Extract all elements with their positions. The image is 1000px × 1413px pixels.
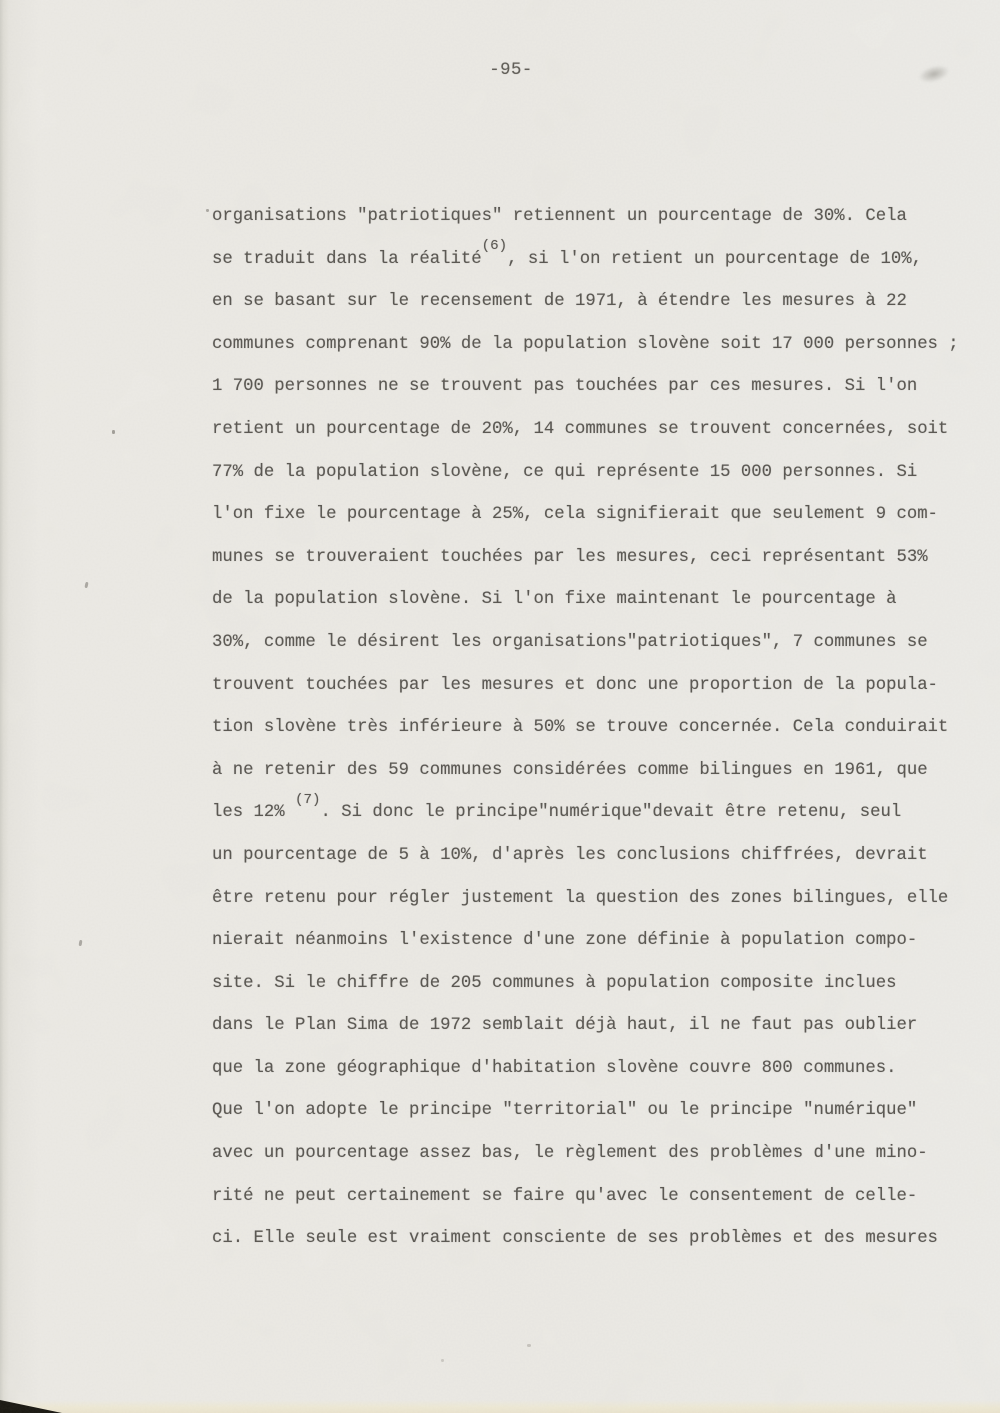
text-line: à ne retenir des 59 communes considérées…: [212, 750, 987, 793]
text-segment: 77% de la population slovène, ce qui rep…: [212, 463, 917, 482]
text-segment: les 12%: [212, 803, 295, 822]
text-line: les 12% (7). Si donc le principe"numériq…: [212, 792, 987, 835]
text-segment: site. Si le chiffre de 205 communes à po…: [212, 974, 896, 993]
text-segment: l'on fixe le pourcentage à 25%, cela sig…: [212, 505, 938, 524]
text-line: en se basant sur le recensement de 1971,…: [212, 281, 987, 324]
text-line: rité ne peut certainement se faire qu'av…: [212, 1176, 987, 1219]
text-line: que la zone géographique d'habitation sl…: [212, 1048, 987, 1091]
text-segment: être retenu pour régler justement la que…: [212, 889, 948, 908]
text-segment: de la population slovène. Si l'on fixe m…: [212, 590, 896, 609]
text-line: être retenu pour régler justement la que…: [212, 878, 987, 921]
text-line: organisations "patriotiques" retiennent …: [212, 196, 987, 239]
scanned-document-page: -95- organisations "patriotiques" retien…: [0, 0, 1000, 1413]
text-line: Que l'on adopte le principe "territorial…: [212, 1090, 987, 1133]
text-line: munes se trouveraient touchées par les m…: [212, 537, 987, 580]
text-segment: en se basant sur le recensement de 1971,…: [212, 292, 907, 311]
paper-speck: [79, 940, 83, 946]
text-line: avec un pourcentage assez bas, le règlem…: [212, 1133, 987, 1176]
text-line: trouvent touchées par les mesures et don…: [212, 665, 987, 708]
text-line: de la population slovène. Si l'on fixe m…: [212, 579, 987, 622]
text-segment: retient un pourcentage de 20%, 14 commun…: [212, 420, 948, 439]
text-segment: se traduit dans la réalité: [212, 250, 482, 269]
text-segment: organisations "patriotiques" retiennent …: [212, 207, 907, 226]
text-segment: que la zone géographique d'habitation sl…: [212, 1059, 896, 1078]
typed-text-block: organisations "patriotiques" retiennent …: [212, 196, 987, 1261]
text-line: tion slovène très inférieure à 50% se tr…: [212, 707, 987, 750]
text-segment: 30%, comme le désirent les organisations…: [212, 633, 928, 652]
text-segment: trouvent touchées par les mesures et don…: [212, 676, 938, 695]
text-line: communes comprenant 90% de la population…: [212, 324, 987, 367]
text-line: un pourcentage de 5 à 10%, d'après les c…: [212, 835, 987, 878]
text-segment: , si l'on retient un pourcentage de 10%,: [507, 250, 922, 269]
paper-speck: [112, 430, 115, 434]
footnote-reference: (6): [482, 238, 508, 254]
text-segment: ci. Elle seule est vraiment consciente d…: [212, 1229, 938, 1248]
text-line: se traduit dans la réalité(6), si l'on r…: [212, 239, 987, 282]
text-segment: nierait néanmoins l'existence d'une zone…: [212, 931, 917, 950]
paper-speck: [527, 1344, 531, 1347]
text-line: 1 700 personnes ne se trouvent pas touch…: [212, 366, 987, 409]
paper-speck: [206, 209, 209, 212]
paper-speck: [84, 582, 88, 588]
text-line: 30%, comme le désirent les organisations…: [212, 622, 987, 665]
footnote-reference: (7): [295, 792, 321, 808]
paper-speck: [441, 1359, 444, 1362]
text-line: site. Si le chiffre de 205 communes à po…: [212, 963, 987, 1006]
text-segment: 1 700 personnes ne se trouvent pas touch…: [212, 377, 917, 396]
text-segment: Que l'on adopte le principe "territorial…: [212, 1101, 917, 1120]
text-segment: communes comprenant 90% de la population…: [212, 335, 959, 354]
text-segment: . Si donc le principe"numérique"devait ê…: [320, 803, 901, 822]
text-segment: munes se trouveraient touchées par les m…: [212, 548, 928, 567]
text-line: 77% de la population slovène, ce qui rep…: [212, 452, 987, 495]
text-line: retient un pourcentage de 20%, 14 commun…: [212, 409, 987, 452]
text-line: ci. Elle seule est vraiment consciente d…: [212, 1218, 987, 1261]
text-line: dans le Plan Sima de 1972 semblait déjà …: [212, 1005, 987, 1048]
page-number: -95-: [11, 61, 1000, 80]
text-segment: tion slovène très inférieure à 50% se tr…: [212, 718, 948, 737]
text-segment: dans le Plan Sima de 1972 semblait déjà …: [212, 1016, 917, 1035]
text-line: l'on fixe le pourcentage à 25%, cela sig…: [212, 494, 987, 537]
text-segment: avec un pourcentage assez bas, le règlem…: [212, 1144, 928, 1163]
text-segment: un pourcentage de 5 à 10%, d'après les c…: [212, 846, 928, 865]
text-line: nierait néanmoins l'existence d'une zone…: [212, 920, 987, 963]
page-edge-left-shadow: [0, 0, 9, 1413]
page-edge-bottom-band: [0, 1400, 1000, 1413]
text-segment: rité ne peut certainement se faire qu'av…: [212, 1187, 917, 1206]
text-segment: à ne retenir des 59 communes considérées…: [212, 761, 928, 780]
